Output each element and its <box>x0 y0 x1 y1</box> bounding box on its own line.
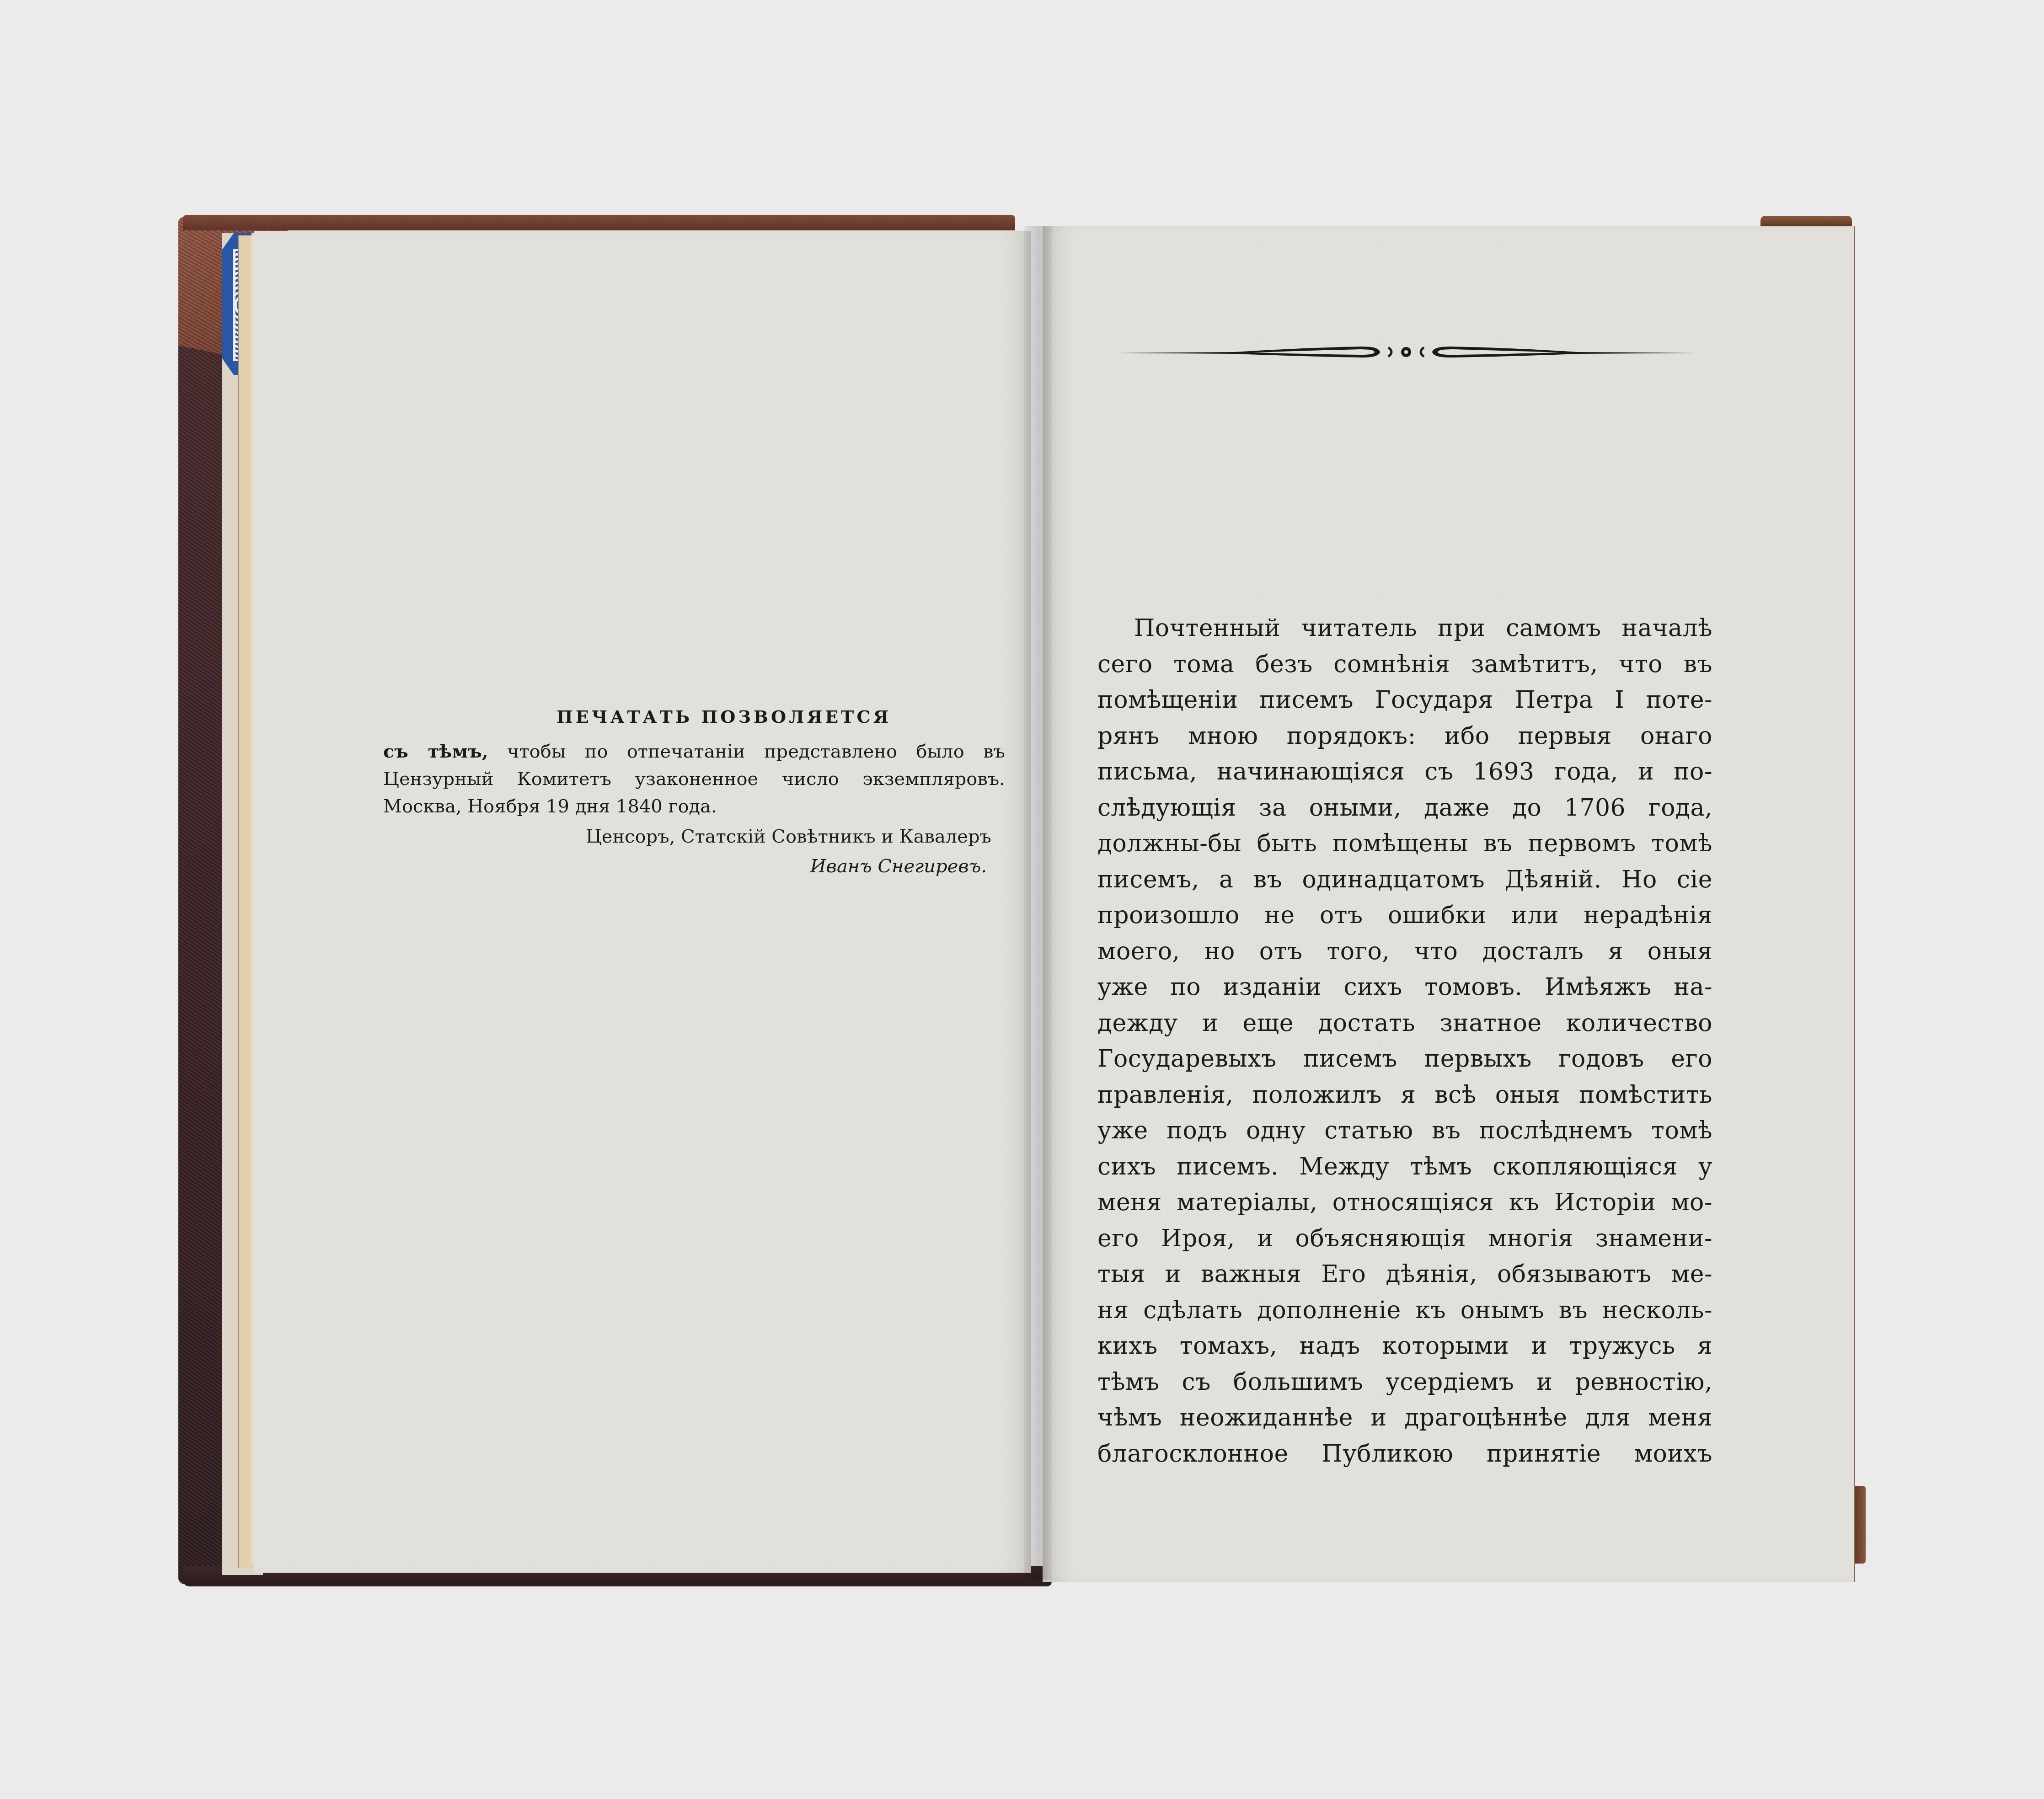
text-line: правленія, положилъ я всѣ оныя помѣстить <box>1097 1077 1712 1113</box>
book-gutter <box>1024 226 1052 1580</box>
cover-top-edge <box>183 215 1015 230</box>
text-line: тѣмъ съ большимъ усердіемъ и ревностію, <box>1097 1364 1712 1400</box>
censor-imprimatur: ПЕЧАТАТЬ ПОЗВОЛЯЕТСЯ съ тѣмъ, чтобы по о… <box>383 706 1005 882</box>
text-line: писемъ, а въ одинадцатомъ Дѣяній. Но сіе <box>1097 862 1712 898</box>
text-line: сего тома безъ сомнѣнія замѣтитъ, что въ <box>1097 646 1712 683</box>
text-line: уже по изданіи сихъ томовъ. Имѣяжъ на- <box>1097 969 1712 1005</box>
text-line: помѣщеніи писемъ Государя Петра I поте- <box>1097 682 1712 718</box>
text-line: моего, но отъ того, что досталъ я оныя <box>1097 934 1712 970</box>
text-line: письма, начинающіяся съ 1693 года, и по- <box>1097 754 1712 790</box>
imprimatur-body-lead: съ тѣмъ, <box>383 741 488 762</box>
imprimatur-body: съ тѣмъ, чтобы по отпечатаніи представле… <box>383 738 1005 820</box>
text-line: ня сдѣлать дополненіе къ онымъ въ нескол… <box>1097 1292 1712 1329</box>
text-line: кихъ томахъ, надъ которыми и тружусь я <box>1097 1328 1712 1364</box>
text-line: Государевыхъ писемъ первыхъ годовъ его <box>1097 1041 1712 1077</box>
book-photo: ПЕЧАТАТЬ ПОЗВОЛЯЕТСЯ съ тѣмъ, чтобы по о… <box>0 0 2044 1799</box>
text-line: уже подъ одну статью въ послѣднемъ томѣ <box>1097 1113 1712 1149</box>
preface-text: Почтенный читатель при самомъ началѣ сег… <box>1097 610 1712 1472</box>
text-line: произошло не отъ ошибки или нерадѣнія <box>1097 897 1712 934</box>
text-line: слѣдующія за оными, даже до 1706 года, <box>1097 790 1712 826</box>
censor-name: Иванъ Снегиревъ. <box>383 850 1005 882</box>
imprimatur-title: ПЕЧАТАТЬ ПОЗВОЛЯЕТСЯ <box>443 706 1005 727</box>
text-line: тыя и важныя Его дѣянія, обязываютъ ме- <box>1097 1256 1712 1292</box>
text-line: Почтенный читатель при самомъ началѣ <box>1097 610 1712 646</box>
text-line: благосклонное Публикою принятіе моихъ <box>1097 1436 1712 1472</box>
text-line: его Ироя, и объясняющія многія знамени- <box>1097 1221 1712 1257</box>
left-page <box>254 231 1031 1573</box>
text-line: должны-бы быть помѣщены въ первомъ томѣ <box>1097 826 1712 862</box>
decorative-rule-icon <box>1116 343 1696 361</box>
censor-title: Ценсоръ, Статскій Совѣтникъ и Кавалеръ <box>383 823 1005 850</box>
text-line: чѣмъ неожиданнѣе и драгоцѣннѣе для меня <box>1097 1400 1712 1436</box>
text-line: меня матеріалы, относящіяся къ Исторіи м… <box>1097 1185 1712 1221</box>
text-line: рянъ мною порядокъ: ибо первыя онаго <box>1097 718 1712 754</box>
text-line: сихъ писемъ. Между тѣмъ скопляющіяся у <box>1097 1149 1712 1185</box>
text-line: дежду и еще достать знатное количество <box>1097 1005 1712 1041</box>
